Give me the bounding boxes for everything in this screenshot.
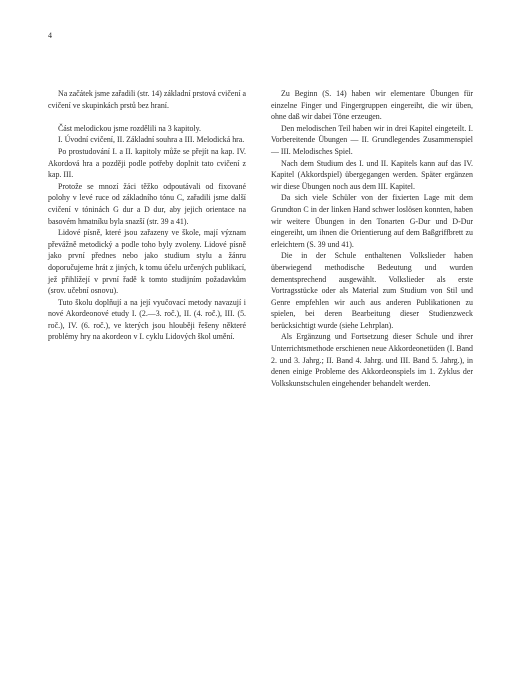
paragraph: I. Úvodní cvičení, II. Základní souhra a… xyxy=(48,134,246,146)
paragraph: Da sich viele Schüler von der fixierten … xyxy=(271,192,473,250)
paragraph: Als Ergänzung und Fortsetzung dieser Sch… xyxy=(271,331,473,389)
paragraph: Protože se mnozí žáci těžko odpoutávali … xyxy=(48,181,246,227)
paragraph: Po prostudování I. a II. kapitoly může s… xyxy=(48,146,246,181)
german-column: Zu Beginn (S. 14) haben wir elementare Ü… xyxy=(271,88,473,389)
paragraph: Část melodickou jsme rozdělili na 3 kapi… xyxy=(48,123,246,135)
paragraph: Na začátek jsme zařadili (str. 14) zákla… xyxy=(48,88,246,111)
page-number: 4 xyxy=(48,31,52,40)
paragraph: Zu Beginn (S. 14) haben wir elementare Ü… xyxy=(271,88,473,123)
czech-column: Na začátek jsme zařadili (str. 14) zákla… xyxy=(48,88,246,343)
paragraph: Die in der Schule enthaltenen Volksliede… xyxy=(271,250,473,331)
paragraph: Nach dem Studium des I. und II. Kapitels… xyxy=(271,158,473,193)
paragraph: Tuto školu doplňují a na její vyučovací … xyxy=(48,297,246,343)
paragraph: Lidové písně, které jsou zařazeny ve ško… xyxy=(48,227,246,297)
paragraph: Den melodischen Teil haben wir in drei K… xyxy=(271,123,473,158)
